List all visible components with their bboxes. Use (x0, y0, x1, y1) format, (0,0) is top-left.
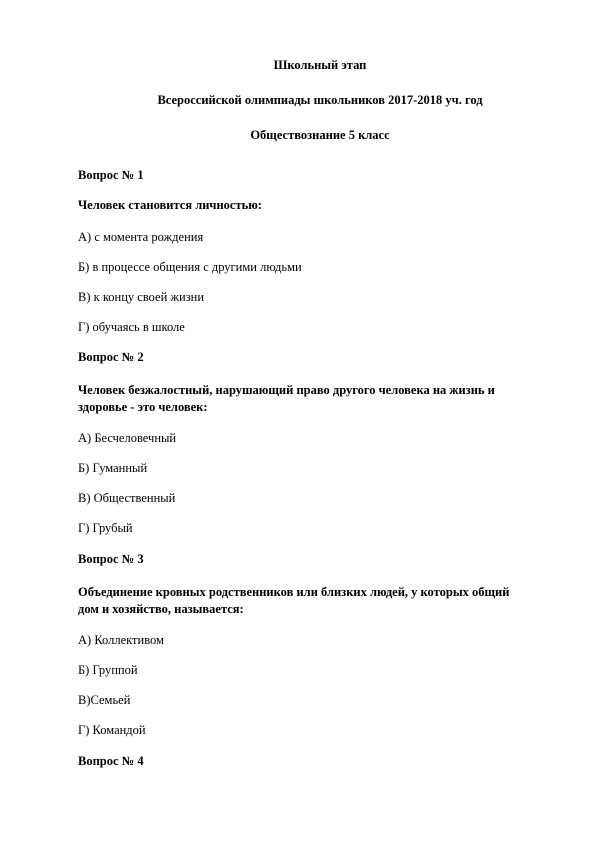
question-1-label: Вопрос № 1 (78, 168, 144, 183)
question-3-prompt-line2: дом и хозяйство, называется: (78, 602, 244, 617)
question-4-label: Вопрос № 4 (78, 754, 144, 769)
question-1-option-a: А) с момента рождения (78, 230, 203, 245)
question-3-option-a: А) Коллективом (78, 633, 164, 648)
question-3-option-d: Г) Командой (78, 723, 146, 738)
header-stage: Школьный этап (0, 58, 595, 73)
question-3-option-b: Б) Группой (78, 663, 138, 678)
question-2-option-d: Г) Грубый (78, 521, 133, 536)
question-3-option-c: В)Семьей (78, 693, 130, 708)
question-1-prompt: Человек становится личностью: (78, 198, 262, 213)
question-1-option-c: В) к концу своей жизни (78, 290, 204, 305)
header-olympiad: Всероссийской олимпиады школьников 2017-… (0, 93, 595, 108)
question-1-option-d: Г) обучаясь в школе (78, 320, 185, 335)
question-2-prompt-line2: здоровье - это человек: (78, 400, 208, 415)
question-2-option-b: Б) Гуманный (78, 461, 147, 476)
question-3-prompt-line1: Объединение кровных родственников или бл… (78, 585, 509, 600)
question-2-option-a: А) Бесчеловечный (78, 431, 176, 446)
question-3-label: Вопрос № 3 (78, 552, 144, 567)
header-subject: Обществознание 5 класс (0, 128, 595, 143)
question-2-prompt-line1: Человек безжалостный, нарушающий право д… (78, 383, 495, 398)
question-2-option-c: В) Общественный (78, 491, 175, 506)
question-1-option-b: Б) в процессе общения с другими людьми (78, 260, 302, 275)
question-2-label: Вопрос № 2 (78, 350, 144, 365)
